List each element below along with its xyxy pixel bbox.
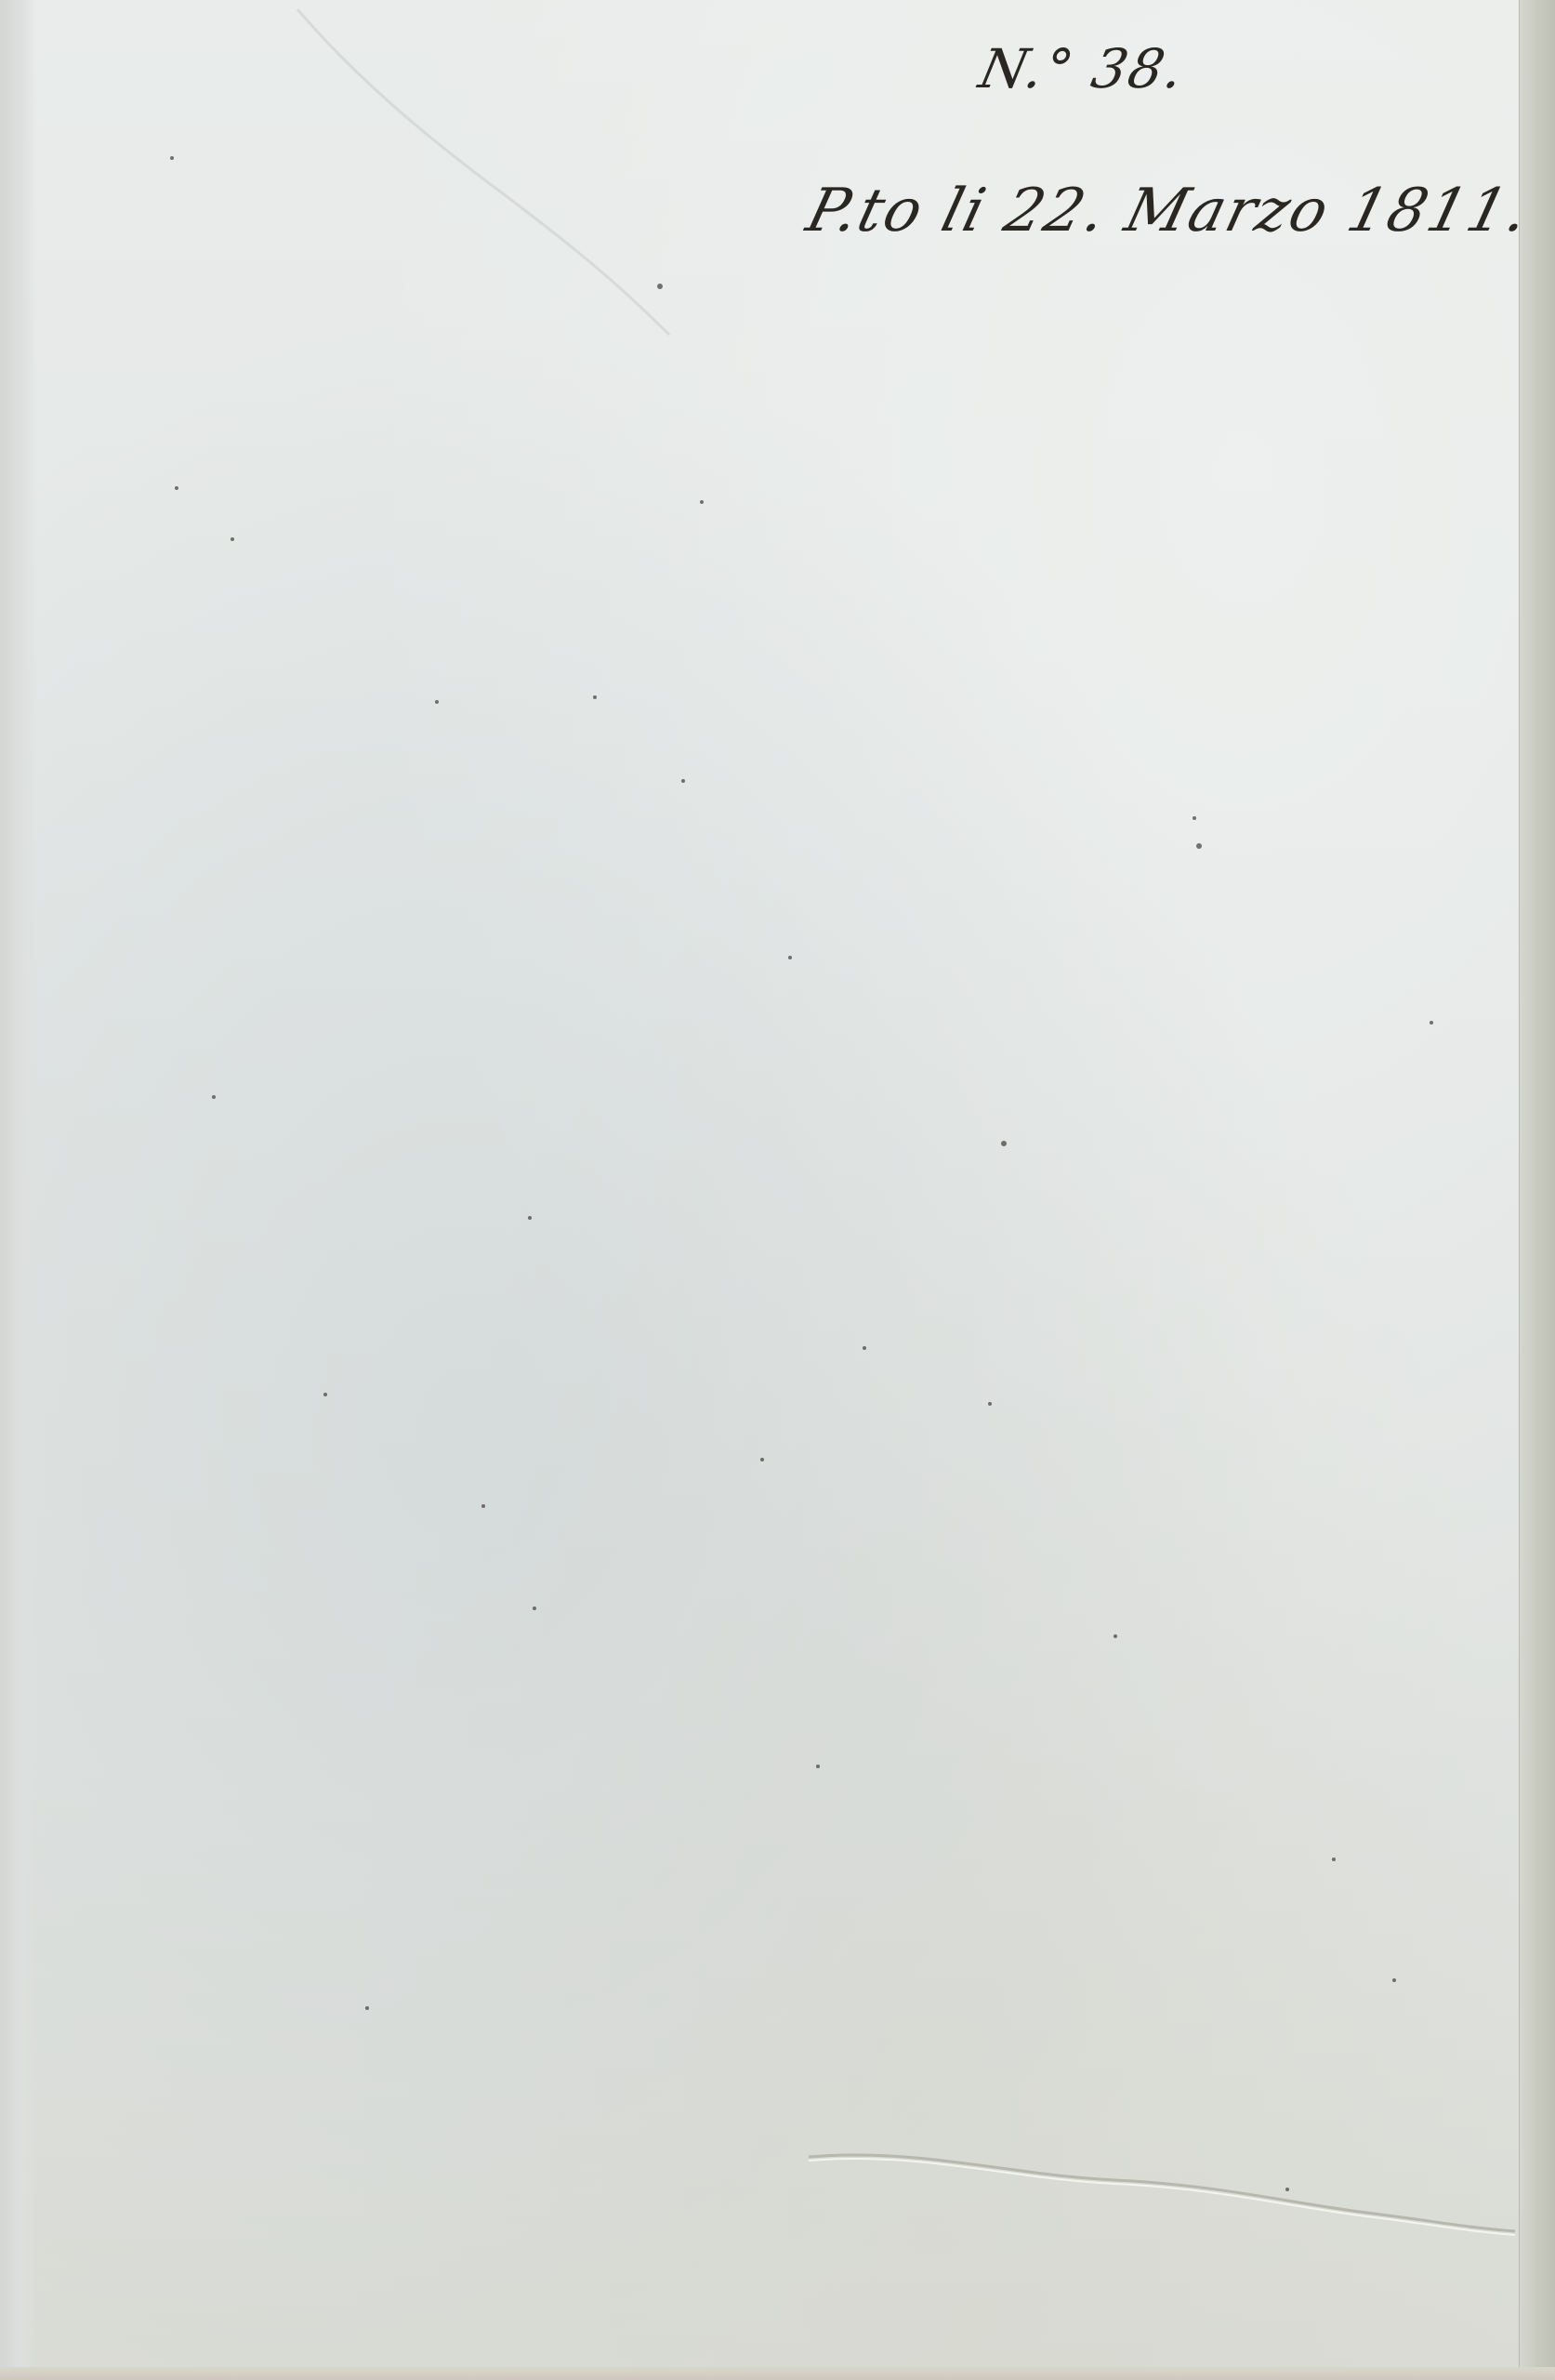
- annotation-document-number: N.° 38.: [974, 37, 1192, 100]
- paper-speckles: [0, 0, 1555, 2380]
- annotation-presentation-date: P.to li 22. Marzo 1811.: [800, 177, 1537, 245]
- handwritten-annotation: N.° 38. P.to li 22. Marzo 1811.: [790, 0, 1555, 335]
- paper-sheet: N.° 38. P.to li 22. Marzo 1811.: [0, 0, 1555, 2380]
